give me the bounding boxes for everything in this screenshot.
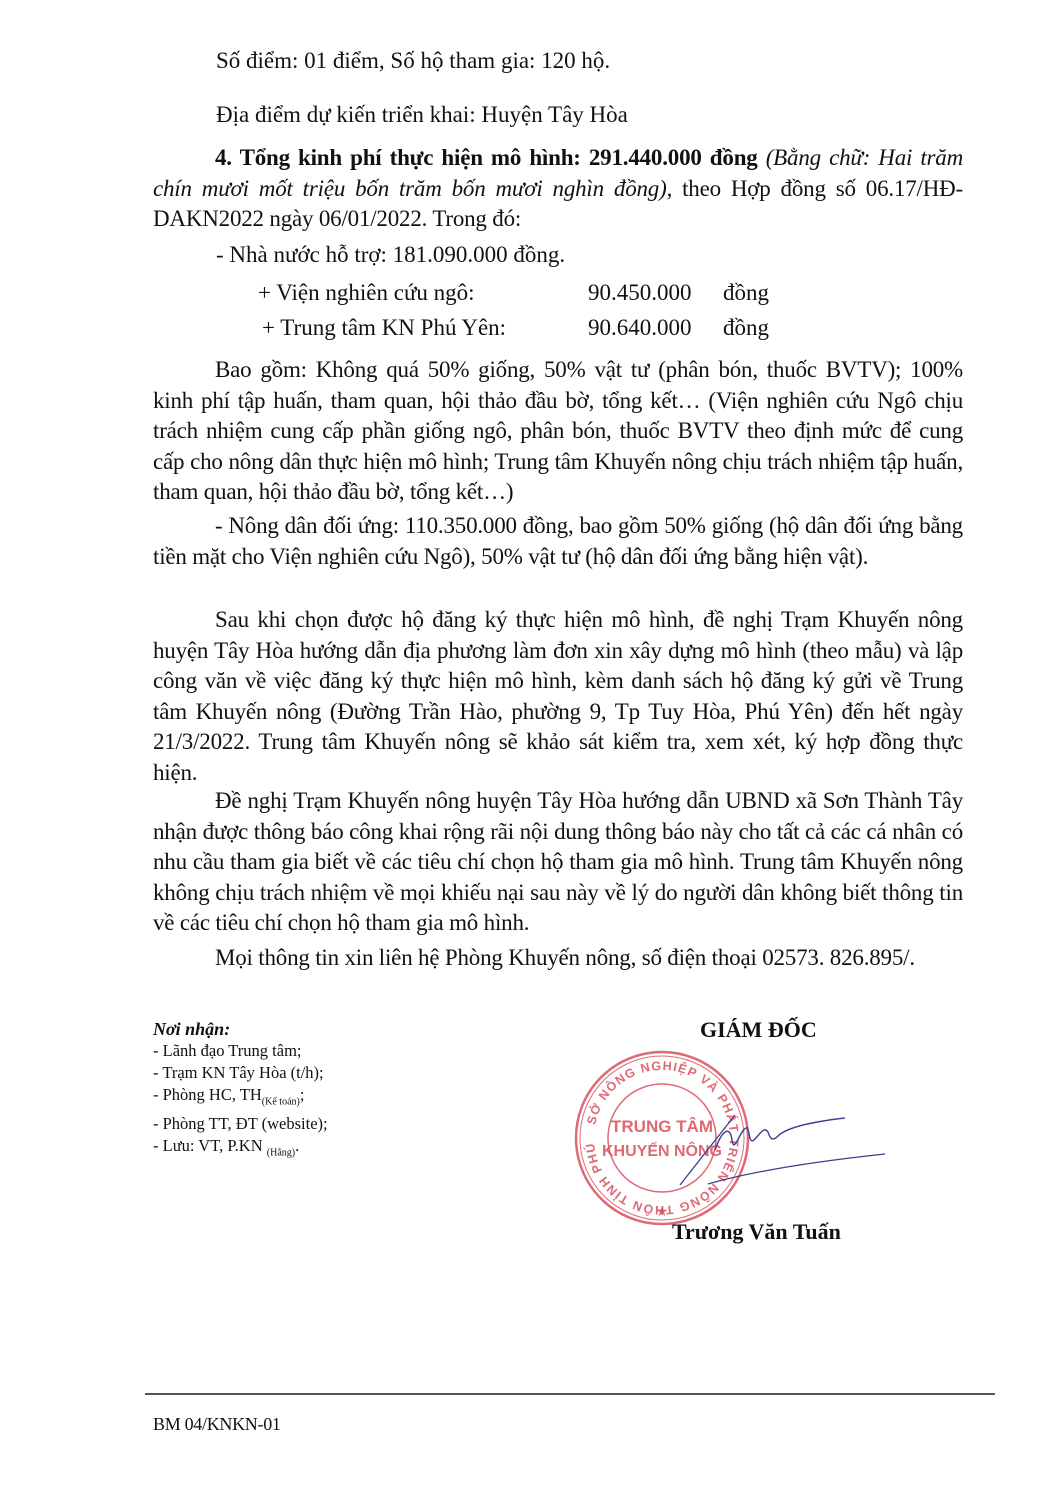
form-code: BM 04/KNKN-01 bbox=[153, 1414, 281, 1435]
document-page: Số điểm: 01 điểm, Số hộ tham gia: 120 hộ… bbox=[0, 0, 1061, 1500]
includes-paragraph: Bao gồm: Không quá 50% giống, 50% vật tư… bbox=[153, 355, 963, 508]
publicity-paragraph: Đề nghị Trạm Khuyến nông huyện Tây Hòa h… bbox=[153, 786, 963, 939]
recipient-item: - Lưu: VT, P.KN (Hằng). bbox=[153, 1135, 328, 1164]
farmer-contribution-paragraph: - Nông dân đối ứng: 110.350.000 đồng, ba… bbox=[153, 511, 963, 572]
state-support-line: - Nhà nước hỗ trợ: 181.090.000 đồng. bbox=[216, 240, 565, 270]
location-line: Địa điểm dự kiến triển khai: Huyện Tây H… bbox=[216, 100, 628, 130]
funding-item-amount: 90.450.000 bbox=[588, 278, 692, 308]
recipients-block: Nơi nhận: - Lãnh đạo Trung tâm; - Trạm K… bbox=[153, 1018, 328, 1165]
registration-paragraph: Sau khi chọn được hộ đăng ký thực hiện m… bbox=[153, 605, 963, 788]
points-line: Số điểm: 01 điểm, Số hộ tham gia: 120 hộ… bbox=[216, 46, 610, 76]
svg-text:★: ★ bbox=[656, 1205, 669, 1220]
recipient-item: - Trạm KN Tây Hòa (t/h); bbox=[153, 1062, 328, 1084]
funding-item-label: + Trung tâm KN Phú Yên: bbox=[262, 315, 506, 340]
section-4-heading: 4. Tổng kinh phí thực hiện mô hình: 291.… bbox=[215, 145, 758, 170]
funding-item-amount: 90.640.000 bbox=[588, 313, 692, 343]
funding-item: + Trung tâm KN Phú Yên: 90.640.000 đồng bbox=[262, 313, 506, 343]
handwritten-signature-icon bbox=[660, 1100, 885, 1190]
funding-item-currency: đồng bbox=[723, 278, 769, 308]
section-4-total-budget: 4. Tổng kinh phí thực hiện mô hình: 291.… bbox=[153, 143, 963, 235]
footer-divider bbox=[145, 1393, 995, 1395]
recipient-item: - Phòng TT, ĐT (website); bbox=[153, 1113, 328, 1135]
funding-item: + Viện nghiên cứu ngô: 90.450.000 đồng bbox=[258, 278, 475, 308]
signature-title: GIÁM ĐỐC bbox=[700, 1017, 817, 1043]
funding-item-label: + Viện nghiên cứu ngô: bbox=[258, 280, 475, 305]
contact-paragraph: Mọi thông tin xin liên hệ Phòng Khuyến n… bbox=[153, 943, 963, 974]
funding-item-currency: đồng bbox=[723, 313, 769, 343]
signatory-name: Trương Văn Tuấn bbox=[672, 1219, 841, 1245]
recipient-item: - Phòng HC, TH(Kế toán); bbox=[153, 1084, 328, 1113]
recipient-item: - Lãnh đạo Trung tâm; bbox=[153, 1040, 328, 1062]
recipients-title: Nơi nhận: bbox=[153, 1018, 328, 1040]
